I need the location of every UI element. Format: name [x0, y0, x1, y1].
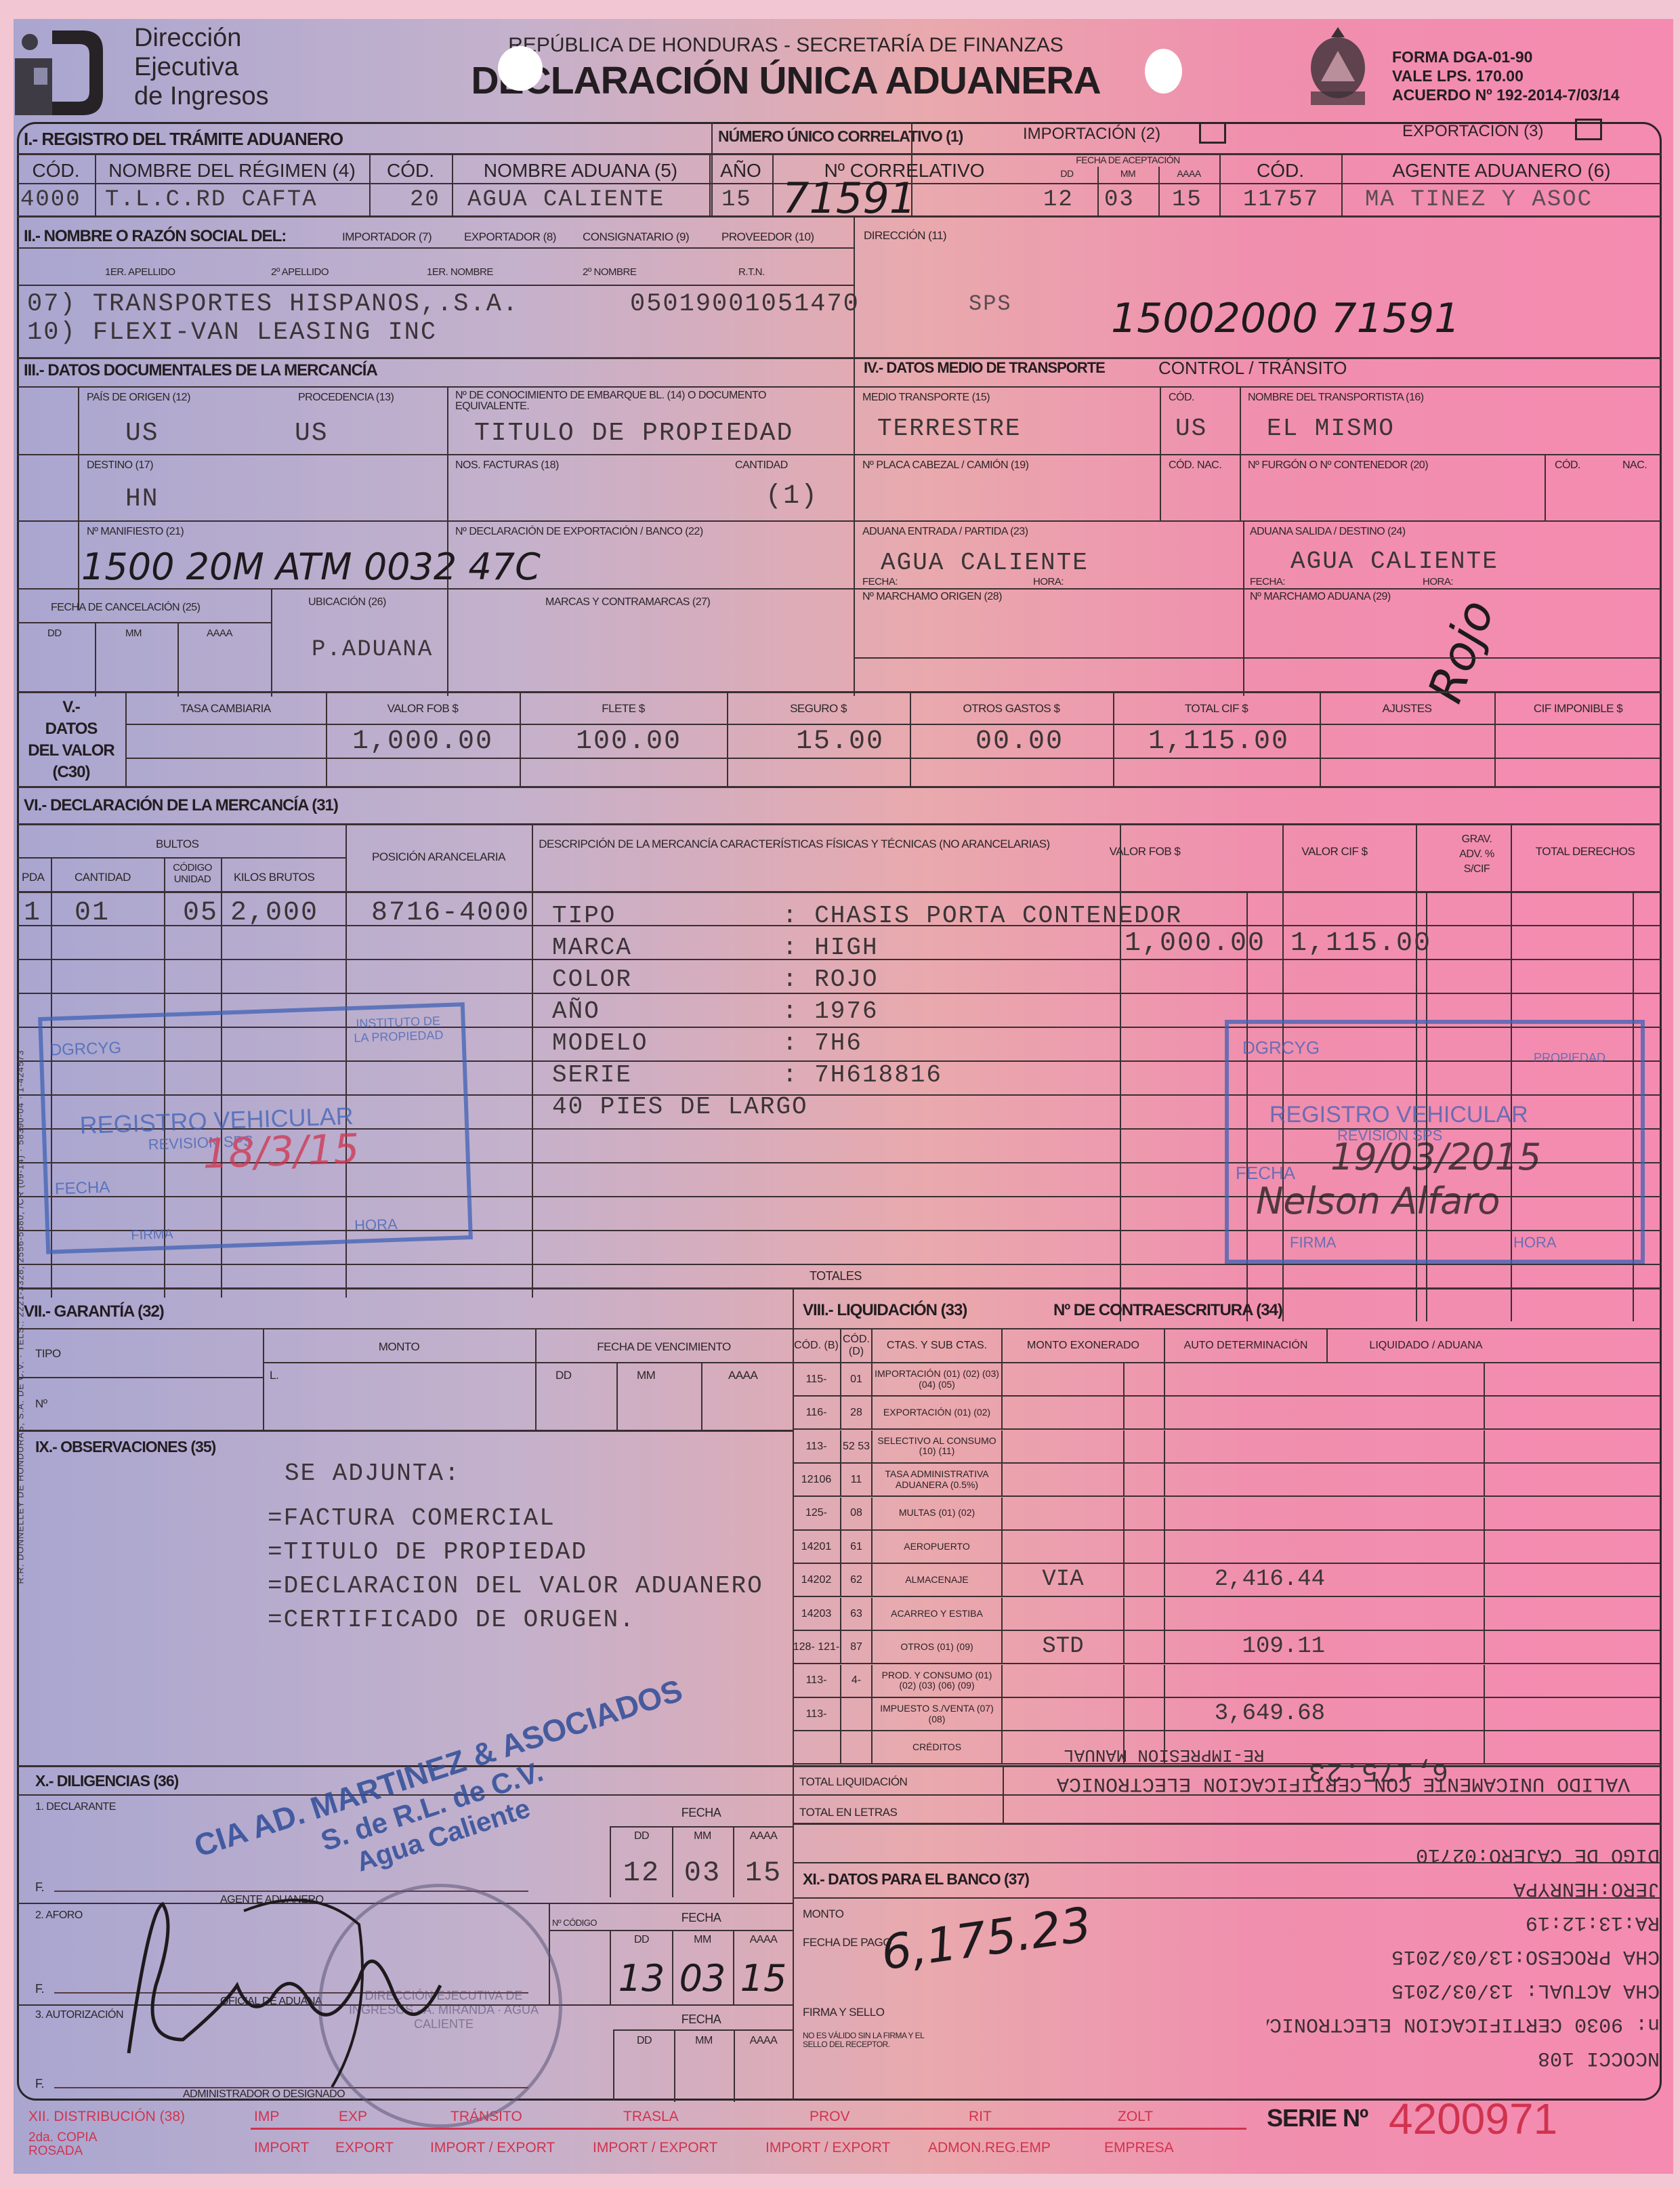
- cancel-mm: MM: [125, 627, 142, 639]
- liquidated-cents: [1485, 1363, 1524, 1395]
- receipt-line: CHA ACTUAL: 13/03/2015: [1391, 1979, 1660, 2002]
- desc-value: : HIGH: [782, 932, 879, 964]
- code-d: 08: [841, 1498, 873, 1529]
- punch-hole: [1145, 49, 1182, 94]
- total-liquidation-label: TOTAL LIQUIDACIÓN: [799, 1775, 907, 1789]
- code-b: 14203: [793, 1598, 841, 1630]
- mm-label: MM: [672, 1934, 733, 1946]
- liquidated-amount: [1328, 1564, 1485, 1596]
- aaaa-label: AAAA: [734, 2035, 793, 2047]
- exit-date-label: FECHA:: [1250, 576, 1285, 587]
- exempt-amount: [1003, 1665, 1125, 1697]
- liquidated-amount: [1328, 1598, 1485, 1630]
- exempt-cents: [1125, 1363, 1165, 1395]
- col-cod: CÓD.: [17, 160, 95, 182]
- handwritten-reference: 15002000 71591: [1111, 295, 1460, 342]
- section-11-title: XI.- DATOS PARA EL BANCO (37): [803, 1870, 1029, 1888]
- dei-logo-icon: [15, 27, 106, 115]
- account-name: ACARREO Y ESTIBA: [873, 1598, 1003, 1630]
- container-nat-label: NAC.: [1622, 459, 1647, 472]
- declarant-date: DD MM AAAA 12 03 15: [610, 1826, 793, 1897]
- item-tariff-position: 8716-4000: [371, 898, 530, 928]
- desc-value: : 1976: [782, 995, 879, 1027]
- item-quantity: 01: [75, 898, 110, 928]
- plate-nat-label: CÓD. NAC.: [1169, 459, 1221, 472]
- importer-name: 07) TRANSPORTES HISPANOS,.S.A.: [27, 290, 519, 318]
- distribution-top-row: IMP EXP TRÁNSITO TRASLA PROV RIT ZOLT: [254, 2109, 1243, 2129]
- exempt-cents: [1125, 1498, 1165, 1529]
- dist-prov: PROV: [810, 2109, 850, 2125]
- code-b: 115-: [793, 1363, 841, 1395]
- vehicle-registry-stamp-right: DGRCYG PROPIEDAD REGISTRO VEHICULAR REVI…: [1225, 1020, 1645, 1264]
- section-4-title: IV.- DATOS MEDIO DE TRANSPORTE: [864, 359, 1105, 377]
- exempt-amount: [1003, 1363, 1125, 1395]
- stamp-date: 18/3/15: [202, 1126, 360, 1178]
- exempt-cents: [1125, 1430, 1165, 1462]
- liquidation-row: 125-08MULTAS (01) (02): [793, 1498, 1660, 1531]
- desc-key: SERIE: [552, 1059, 782, 1091]
- guarantee-number-label: Nº: [35, 1397, 47, 1411]
- liquidation-row: 1420363ACARREO Y ESTIBA: [793, 1598, 1660, 1631]
- dist-import: IMPORT: [254, 2140, 309, 2156]
- col-rtn: R.T.N.: [738, 266, 765, 278]
- destination-label: DESTINO (17): [87, 459, 153, 472]
- mm-label: MM: [674, 2035, 734, 2047]
- dist-transfer: TRASLA: [623, 2109, 679, 2125]
- copy-number: 2da. COPIA: [28, 2131, 97, 2145]
- col-exempt: MONTO EXONERADO: [1003, 1329, 1165, 1362]
- declarant-month: 03: [672, 1857, 733, 1889]
- code-b: 113-: [793, 1698, 841, 1730]
- export-checkbox[interactable]: [1575, 119, 1602, 140]
- total-words-label: TOTAL EN LETRAS: [799, 1806, 897, 1819]
- col-adjustments: AJUSTES: [1320, 702, 1494, 716]
- ministry-line: REPÚBLICA DE HONDURAS - SECRETARÍA DE FI…: [447, 34, 1125, 57]
- value-data-table: TASA CAMBIARIA VALOR FOB $ FLETE $ SEGUR…: [125, 691, 1662, 786]
- receipt-line: CHA PROCESO:13/03/2015: [1391, 1945, 1660, 1968]
- counter-deed-label: Nº DE CONTRAESCRITURA (34): [1053, 1301, 1282, 1320]
- stamp-title: REGISTRO VEHICULAR: [1269, 1102, 1528, 1128]
- section-5-title-1: V.-: [20, 697, 122, 718]
- bl-document: TITULO DE PROPIEDAD: [474, 419, 793, 448]
- org-name-line3: de Ingresos: [134, 82, 269, 111]
- serial-number: 4200971: [1389, 2094, 1557, 2144]
- receipt-line: NCOCCI 108: [1538, 2046, 1660, 2069]
- aaaa-label: AAAA: [733, 1830, 794, 1842]
- dist-admon: ADMON.REG.EMP: [928, 2140, 1051, 2156]
- liquidation-row: 116-28EXPORTACIÓN (01) (02): [793, 1397, 1660, 1430]
- liquidated-amount: [1328, 1498, 1485, 1529]
- stamp-institute: INSTITUTO DE LA PROPIEDAD: [347, 1014, 449, 1046]
- col-cod2: CÓD.: [369, 160, 452, 182]
- observation-line: =FACTURA COMERCIAL: [268, 1502, 763, 1535]
- col-surname2: 2º APELLIDO: [271, 266, 329, 278]
- col-regimen: NOMBRE DEL RÉGIMEN (4): [95, 160, 369, 182]
- serial-label: SERIE Nº: [1267, 2104, 1368, 2132]
- liquidated-amount: [1328, 1698, 1485, 1730]
- guarantee-mm: MM: [637, 1369, 655, 1382]
- item-unit-code: 05: [183, 898, 218, 928]
- col-tariff-position: POSICIÓN ARANCELARIA: [349, 840, 528, 874]
- guarantee-type-label: TIPO: [35, 1347, 61, 1361]
- liquidated-amount: [1328, 1430, 1485, 1462]
- account-name: PROD. Y CONSUMO (01) (02) (03) (06) (09): [873, 1665, 1003, 1697]
- col-gross-kg: KILOS BRUTOS: [234, 871, 314, 884]
- section-9-title: IX.- OBSERVACIONES (35): [35, 1438, 215, 1456]
- liquidated-amount: [1328, 1363, 1485, 1395]
- declarant-date-label: FECHA: [610, 1806, 793, 1820]
- code-b: 14201: [793, 1531, 841, 1563]
- page-title: DECLARACIÓN ÚNICA ADUANERA: [447, 58, 1125, 103]
- dist-exp: EXP: [339, 2109, 367, 2125]
- desc-key: MARCA: [552, 932, 782, 964]
- exempt-amount: [1003, 1430, 1125, 1462]
- col-code-b: CÓD. (B): [793, 1329, 841, 1362]
- unique-number-label: NÚMERO ÚNICO CORRELATIVO (1): [718, 127, 963, 146]
- declarant-year: 15: [733, 1857, 794, 1889]
- exempt-cents: [1125, 1464, 1165, 1495]
- code-b: 14202: [793, 1564, 841, 1596]
- col-aduana: NOMBRE ADUANA (5): [452, 160, 709, 182]
- transport-code: US: [1175, 415, 1207, 442]
- plate-label: Nº PLACA CABEZAL / CAMIÓN (19): [862, 459, 1028, 472]
- code-b: 113-: [793, 1665, 841, 1697]
- self-assessment-amount: [1165, 1363, 1328, 1395]
- address-value: SPS: [969, 291, 1012, 316]
- insurance-value: 15.00: [796, 726, 884, 757]
- account-name: IMPORTACIÓN (01) (02) (03) (04) (05): [873, 1363, 1003, 1395]
- exempt-amount: [1003, 1531, 1125, 1563]
- inspection-year: 15: [733, 1957, 794, 2000]
- col-other-costs: OTROS GASTOS $: [910, 702, 1113, 716]
- section-5-title-4: (C30): [20, 762, 122, 783]
- observation-line: SE ADJUNTA:: [285, 1457, 763, 1491]
- section-6-title: VI.- DECLARACIÓN DE LA MERCANCÍA (31): [24, 796, 338, 815]
- self-assessment-amount: [1165, 1665, 1328, 1697]
- col-freight: FLETE $: [520, 702, 727, 716]
- item-pda: 1: [24, 898, 41, 928]
- col-quantity: CANTIDAD: [75, 871, 131, 884]
- exempt-amount: VIA: [1003, 1564, 1125, 1596]
- other-costs-value: 00.00: [975, 726, 1064, 757]
- inspection-signature-label: F.: [35, 1982, 44, 1996]
- desc-key: AÑO: [552, 995, 782, 1027]
- col-ad-valorem: GRAV. ADV. % S/CIF: [1450, 832, 1504, 877]
- code-b: [793, 1731, 841, 1763]
- manifest-label: Nº MANIFIESTO (21): [87, 526, 184, 538]
- receipt-line: n: 9030 CERTIFICACION ELECTRONICA .: [1267, 2012, 1660, 2036]
- item-description: TIPO: CHASIS PORTA CONTENEDOR MARCA: HIG…: [552, 900, 1182, 1123]
- guarantee-amount-label: MONTO: [263, 1340, 535, 1354]
- col-name1: 1er. NOMBRE: [427, 266, 493, 278]
- col-agente: AGENTE ADUANERO (6): [1341, 160, 1662, 182]
- exempt-amount: STD: [1003, 1631, 1125, 1663]
- col-cif-value: VALOR CIF $: [1287, 837, 1382, 867]
- dist-rit: RIT: [969, 2109, 992, 2125]
- liquidation-row: 1420262ALMACENAJEVIA2,416.44: [793, 1564, 1660, 1597]
- inspection-day: 13: [611, 1957, 672, 2000]
- importer-rtn: 05019001051470: [630, 290, 860, 318]
- seal-origin-label: Nº MARCHAMO ORIGEN (28): [862, 591, 1002, 603]
- exempt-cents: [1125, 1665, 1165, 1697]
- col-aaaa: AAAA: [1158, 168, 1219, 179]
- dist-imp: IMP: [254, 2109, 279, 2125]
- declarant-signature-label: F.: [35, 1880, 44, 1895]
- guarantee-dd: DD: [555, 1369, 572, 1382]
- col-name2: 2º NOMBRE: [583, 266, 636, 278]
- code-d: 11: [841, 1464, 873, 1495]
- exempt-amount: [1003, 1698, 1125, 1730]
- import-checkbox[interactable]: [1199, 122, 1226, 144]
- account-name: EXPORTACIÓN (01) (02): [873, 1397, 1003, 1428]
- origin-label: PAÍS DE ORIGEN (12): [87, 392, 190, 404]
- receipt-line: DIGO DE CAJERO:02710: [1416, 1843, 1660, 1866]
- authorization-signature-label: F.: [35, 2077, 44, 2091]
- exit-time-label: HORA:: [1423, 576, 1453, 587]
- payment-date-label: FECHA DE PAGO: [803, 1936, 891, 1949]
- account-name: MULTAS (01) (02): [873, 1498, 1003, 1529]
- liquidated-cents: [1485, 1564, 1524, 1596]
- section-7-title: VII.- GARANTÍA (32): [24, 1302, 164, 1321]
- code-b: 12106: [793, 1464, 841, 1495]
- distribution-bottom-row: IMPORT EXPORT IMPORT / EXPORT IMPORT / E…: [254, 2140, 1243, 2160]
- code-d: 4-: [841, 1665, 873, 1697]
- entry-customs: AGUA CALIENTE: [881, 549, 1089, 577]
- regime-code: 4000: [20, 187, 81, 213]
- col-liquidated: LIQUIDADO / ADUANA: [1328, 1329, 1524, 1362]
- exempt-amount: [1003, 1598, 1125, 1630]
- container-code-label: CÓD.: [1555, 459, 1580, 472]
- org-name-line1: Dirección: [134, 24, 269, 53]
- copy-label: 2da. COPIA ROSADA: [28, 2131, 97, 2158]
- account-name: OTROS (01) (09): [873, 1631, 1003, 1663]
- code-d: 62: [841, 1564, 873, 1596]
- col-anio: AÑO: [709, 160, 772, 182]
- item-gross-kg: 2,000: [230, 898, 318, 928]
- liquidated-cents: [1485, 1531, 1524, 1563]
- regime-name: T.L.C.RD CAFTA: [105, 187, 318, 213]
- self-assessment-amount: 2,416.44: [1165, 1564, 1328, 1596]
- code-b: 128- 121-: [793, 1631, 841, 1663]
- export-label: EXPORTACIÓN (3): [1402, 122, 1543, 141]
- liquidated-cents: [1485, 1464, 1524, 1495]
- validation-note: VALIDO UNICAMENTE CON CERTIFICACION ELEC…: [1057, 1772, 1630, 1795]
- liquidated-cents: [1485, 1498, 1524, 1529]
- form-code: FORMA DGA-01-90: [1392, 47, 1620, 66]
- self-assessment-amount: [1165, 1430, 1328, 1462]
- liquidated-amount: [1328, 1631, 1485, 1663]
- exempt-cents: [1125, 1397, 1165, 1428]
- liquidated-cents: [1485, 1731, 1524, 1763]
- section-3-title: III.- DATOS DOCUMENTALES DE LA MERCANCÍA: [24, 361, 377, 380]
- dist-zolt: ZOLT: [1118, 2109, 1153, 2125]
- address-label: DIRECCIÓN (11): [864, 229, 946, 243]
- code-d: 61: [841, 1531, 873, 1563]
- desc-key: 40 PIES DE LARGO: [552, 1091, 808, 1123]
- officer-signature-icon: [88, 1884, 562, 2090]
- punch-hole: [498, 46, 543, 91]
- liquidated-cents: [1485, 1430, 1524, 1462]
- mm-label: MM: [672, 1830, 733, 1842]
- inspection-date: DD MM AAAA 13 03 15: [610, 1930, 793, 2004]
- stamp-time-label: HORA: [354, 1216, 398, 1235]
- code-d: 87: [841, 1631, 873, 1663]
- self-assessment-amount: [1165, 1464, 1328, 1495]
- transport-mode-label: MEDIO TRANSPORTE (15): [862, 392, 990, 404]
- authorization-date: DD MM AAAA: [613, 2029, 793, 2101]
- col-taxable-cif: CIF IMPONIBLE $: [1494, 702, 1662, 716]
- stamp-date: 19/03/2015: [1330, 1136, 1541, 1178]
- import-label: IMPORTACIÓN (2): [1023, 125, 1160, 144]
- col-total-duties: TOTAL DERECHOS: [1514, 837, 1656, 867]
- dist-import-export: IMPORT / EXPORT: [593, 2140, 717, 2156]
- col-insurance: SEGURO $: [727, 702, 910, 716]
- liquidated-amount: [1328, 1531, 1485, 1563]
- acceptance-month: 03: [1104, 187, 1135, 213]
- exempt-amount: [1003, 1498, 1125, 1529]
- seal-customs-label: Nº MARCHAMO ADUANA (29): [1250, 591, 1391, 603]
- liquidated-amount: [1328, 1665, 1485, 1697]
- liquidation-row: 1420161AEROPUERTO: [793, 1531, 1660, 1564]
- carrier-name: EL MISMO: [1267, 415, 1395, 442]
- signature-seal-label: FIRMA Y SELLO: [803, 2006, 884, 2019]
- stamp-signature: Nelson Alfaro: [1256, 1180, 1500, 1222]
- stamp-signature-label: FIRMA: [131, 1226, 173, 1243]
- invoices-label: NOS. FACTURAS (18): [455, 459, 559, 472]
- desc-value: : CHASIS PORTA CONTENEDOR: [782, 900, 1182, 932]
- exempt-cents: [1125, 1531, 1165, 1563]
- account-name: SELECTIVO AL CONSUMO (10) (11): [873, 1430, 1003, 1462]
- copy-color: ROSADA: [28, 2145, 97, 2158]
- exempt-cents: [1125, 1698, 1165, 1730]
- item-cif: 1,115.00: [1290, 928, 1431, 959]
- col-unit-code: CÓDIGO UNIDAD: [165, 862, 220, 885]
- self-assessment-amount: [1165, 1397, 1328, 1428]
- col-description: DESCRIPCIÓN DE LA MERCANCÍA CARACTERÍSTI…: [532, 837, 1057, 851]
- stamp-org: DGRCYG: [49, 1039, 121, 1060]
- liquidated-amount: [1328, 1464, 1485, 1495]
- customs-name: AGUA CALIENTE: [467, 187, 665, 213]
- bank-amount-label: MONTO: [803, 1907, 843, 1921]
- dd-label: DD: [611, 1830, 672, 1842]
- section-5-title-3: DEL VALOR: [20, 740, 122, 762]
- fob-value: 1,000.00: [352, 726, 493, 757]
- account-name: AEROPUERTO: [873, 1531, 1003, 1563]
- totals-label: TOTALES: [810, 1269, 862, 1283]
- col-surname1: 1er. APELLIDO: [105, 266, 175, 278]
- exempt-cents: [1125, 1564, 1165, 1596]
- manifest-number: 1500 20M ATM 0032 47C: [81, 545, 541, 588]
- account-name: TASA ADMINISTRATIVA ADUANERA (0.5%): [873, 1464, 1003, 1495]
- bl-label: Nº DE CONOCIMIENTO DE EMBARQUE BL. (14) …: [455, 390, 835, 412]
- cancel-dd: DD: [47, 627, 62, 639]
- dist-import-export: IMPORT / EXPORT: [765, 2140, 890, 2156]
- role-exporter: EXPORTADOR (8): [464, 230, 556, 244]
- role-supplier: PROVEEDOR (10): [721, 230, 814, 244]
- destination-country: HN: [125, 484, 159, 514]
- dist-export: EXPORT: [335, 2140, 394, 2156]
- liquidated-cents: [1485, 1631, 1524, 1663]
- liquidated-cents: [1485, 1665, 1524, 1697]
- col-code-d: CÓD. (D): [841, 1329, 873, 1362]
- liquidation-row: 113-4-PROD. Y CONSUMO (01) (02) (03) (06…: [793, 1665, 1660, 1698]
- liquidation-row: 1210611TASA ADMINISTRATIVA ADUANERA (0.5…: [793, 1464, 1660, 1497]
- inspection-label: 2. AFORO: [35, 1910, 83, 1922]
- transport-mode: TERRESTRE: [877, 415, 1021, 442]
- honduras-coat-of-arms-icon: [1304, 24, 1372, 108]
- role-consignee: CONSIGNATARIO (9): [583, 230, 689, 244]
- liquidated-cents: [1485, 1698, 1524, 1730]
- col-dd: DD: [1036, 168, 1097, 179]
- cancel-aaaa: AAAA: [207, 627, 232, 639]
- carrier-label: NOMBRE DEL TRANSPORTISTA (16): [1248, 392, 1424, 404]
- exempt-amount: [1003, 1397, 1125, 1428]
- control-transit-label: CONTROL / TRÁNSITO: [1158, 358, 1347, 379]
- bank-validity-note: NO ES VÁLIDO SIN LA FIRMA Y EL SELLO DEL…: [803, 2031, 938, 2049]
- observations-text: SE ADJUNTA: =FACTURA COMERCIAL =TITULO D…: [268, 1457, 763, 1637]
- customs-code: 20: [410, 187, 440, 213]
- col-mm: MM: [1097, 168, 1158, 179]
- col-fecha-aceptacion: FECHA DE ACEPTACIÓN: [1036, 154, 1219, 165]
- dist-transit: TRÁNSITO: [450, 2109, 522, 2125]
- section-8-title: VIII.- LIQUIDACIÓN (33): [803, 1301, 967, 1320]
- provenance-country: US: [295, 419, 329, 448]
- guarantee-expiry-label: FECHA DE VENCIMIENTO: [535, 1340, 793, 1354]
- bank-receipt-print: DIGO DE CAJERO:02710 JERO:HENRYPA RA:13:…: [1267, 1843, 1660, 2073]
- code-d: 01: [841, 1363, 873, 1395]
- exempt-amount: [1003, 1464, 1125, 1495]
- col-cod3: CÓD.: [1219, 160, 1341, 182]
- col-pda: PDA: [22, 871, 44, 884]
- section-5-title-2: DATOS: [20, 718, 122, 740]
- liquidated-cents: [1485, 1598, 1524, 1630]
- exit-customs: AGUA CALIENTE: [1290, 548, 1498, 575]
- aaaa-label: AAAA: [733, 1934, 794, 1946]
- total-cif-value: 1,115.00: [1148, 726, 1289, 757]
- stamp-date-label: FECHA: [54, 1178, 110, 1199]
- role-importer: IMPORTADOR (7): [342, 230, 432, 244]
- desc-key: MODELO: [552, 1027, 782, 1059]
- export-declaration-label: Nº DECLARACIÓN DE EXPORTACIÓN / BANCO (2…: [455, 526, 703, 538]
- form-value: VALE LPS. 170.00: [1392, 66, 1620, 85]
- quantity-label: CANTIDAD: [735, 459, 788, 472]
- quantity-value: (1): [765, 481, 818, 512]
- desc-key: TIPO: [552, 900, 782, 932]
- desc-value: : 7H6: [782, 1027, 862, 1059]
- dd-label: DD: [611, 1934, 672, 1946]
- distribution-title: XII. DISTRIBUCIÓN (38): [28, 2109, 185, 2125]
- inspection-date-label: FECHA: [610, 1911, 793, 1925]
- provenance-label: PROCEDENCIA (13): [298, 392, 394, 404]
- acceptance-year: 15: [1172, 187, 1202, 213]
- section-1-title: I.- REGISTRO DEL TRÁMITE ADUANERO: [24, 129, 343, 150]
- form-agreement: ACUERDO Nº 192-2014-7/03/14: [1392, 85, 1620, 104]
- code-b: 125-: [793, 1498, 841, 1529]
- code-b: 116-: [793, 1397, 841, 1428]
- entry-customs-label: ADUANA ENTRADA / PARTIDA (23): [862, 526, 1028, 538]
- acceptance-day: 12: [1043, 187, 1074, 213]
- col-total-cif: TOTAL CIF $: [1113, 702, 1320, 716]
- receipt-line: JERO:HENRYPA: [1513, 1877, 1660, 1900]
- exempt-cents: [1125, 1631, 1165, 1663]
- agent-code: 11757: [1243, 187, 1319, 213]
- origin-country: US: [125, 419, 159, 448]
- col-fob: VALOR FOB $: [326, 702, 520, 716]
- col-packages: BULTOS: [156, 838, 198, 851]
- supplier-name: 10) FLEXI-VAN LEASING INC: [27, 318, 437, 347]
- freight-value: 100.00: [576, 726, 681, 757]
- account-name: CRÉDITOS: [873, 1731, 1003, 1763]
